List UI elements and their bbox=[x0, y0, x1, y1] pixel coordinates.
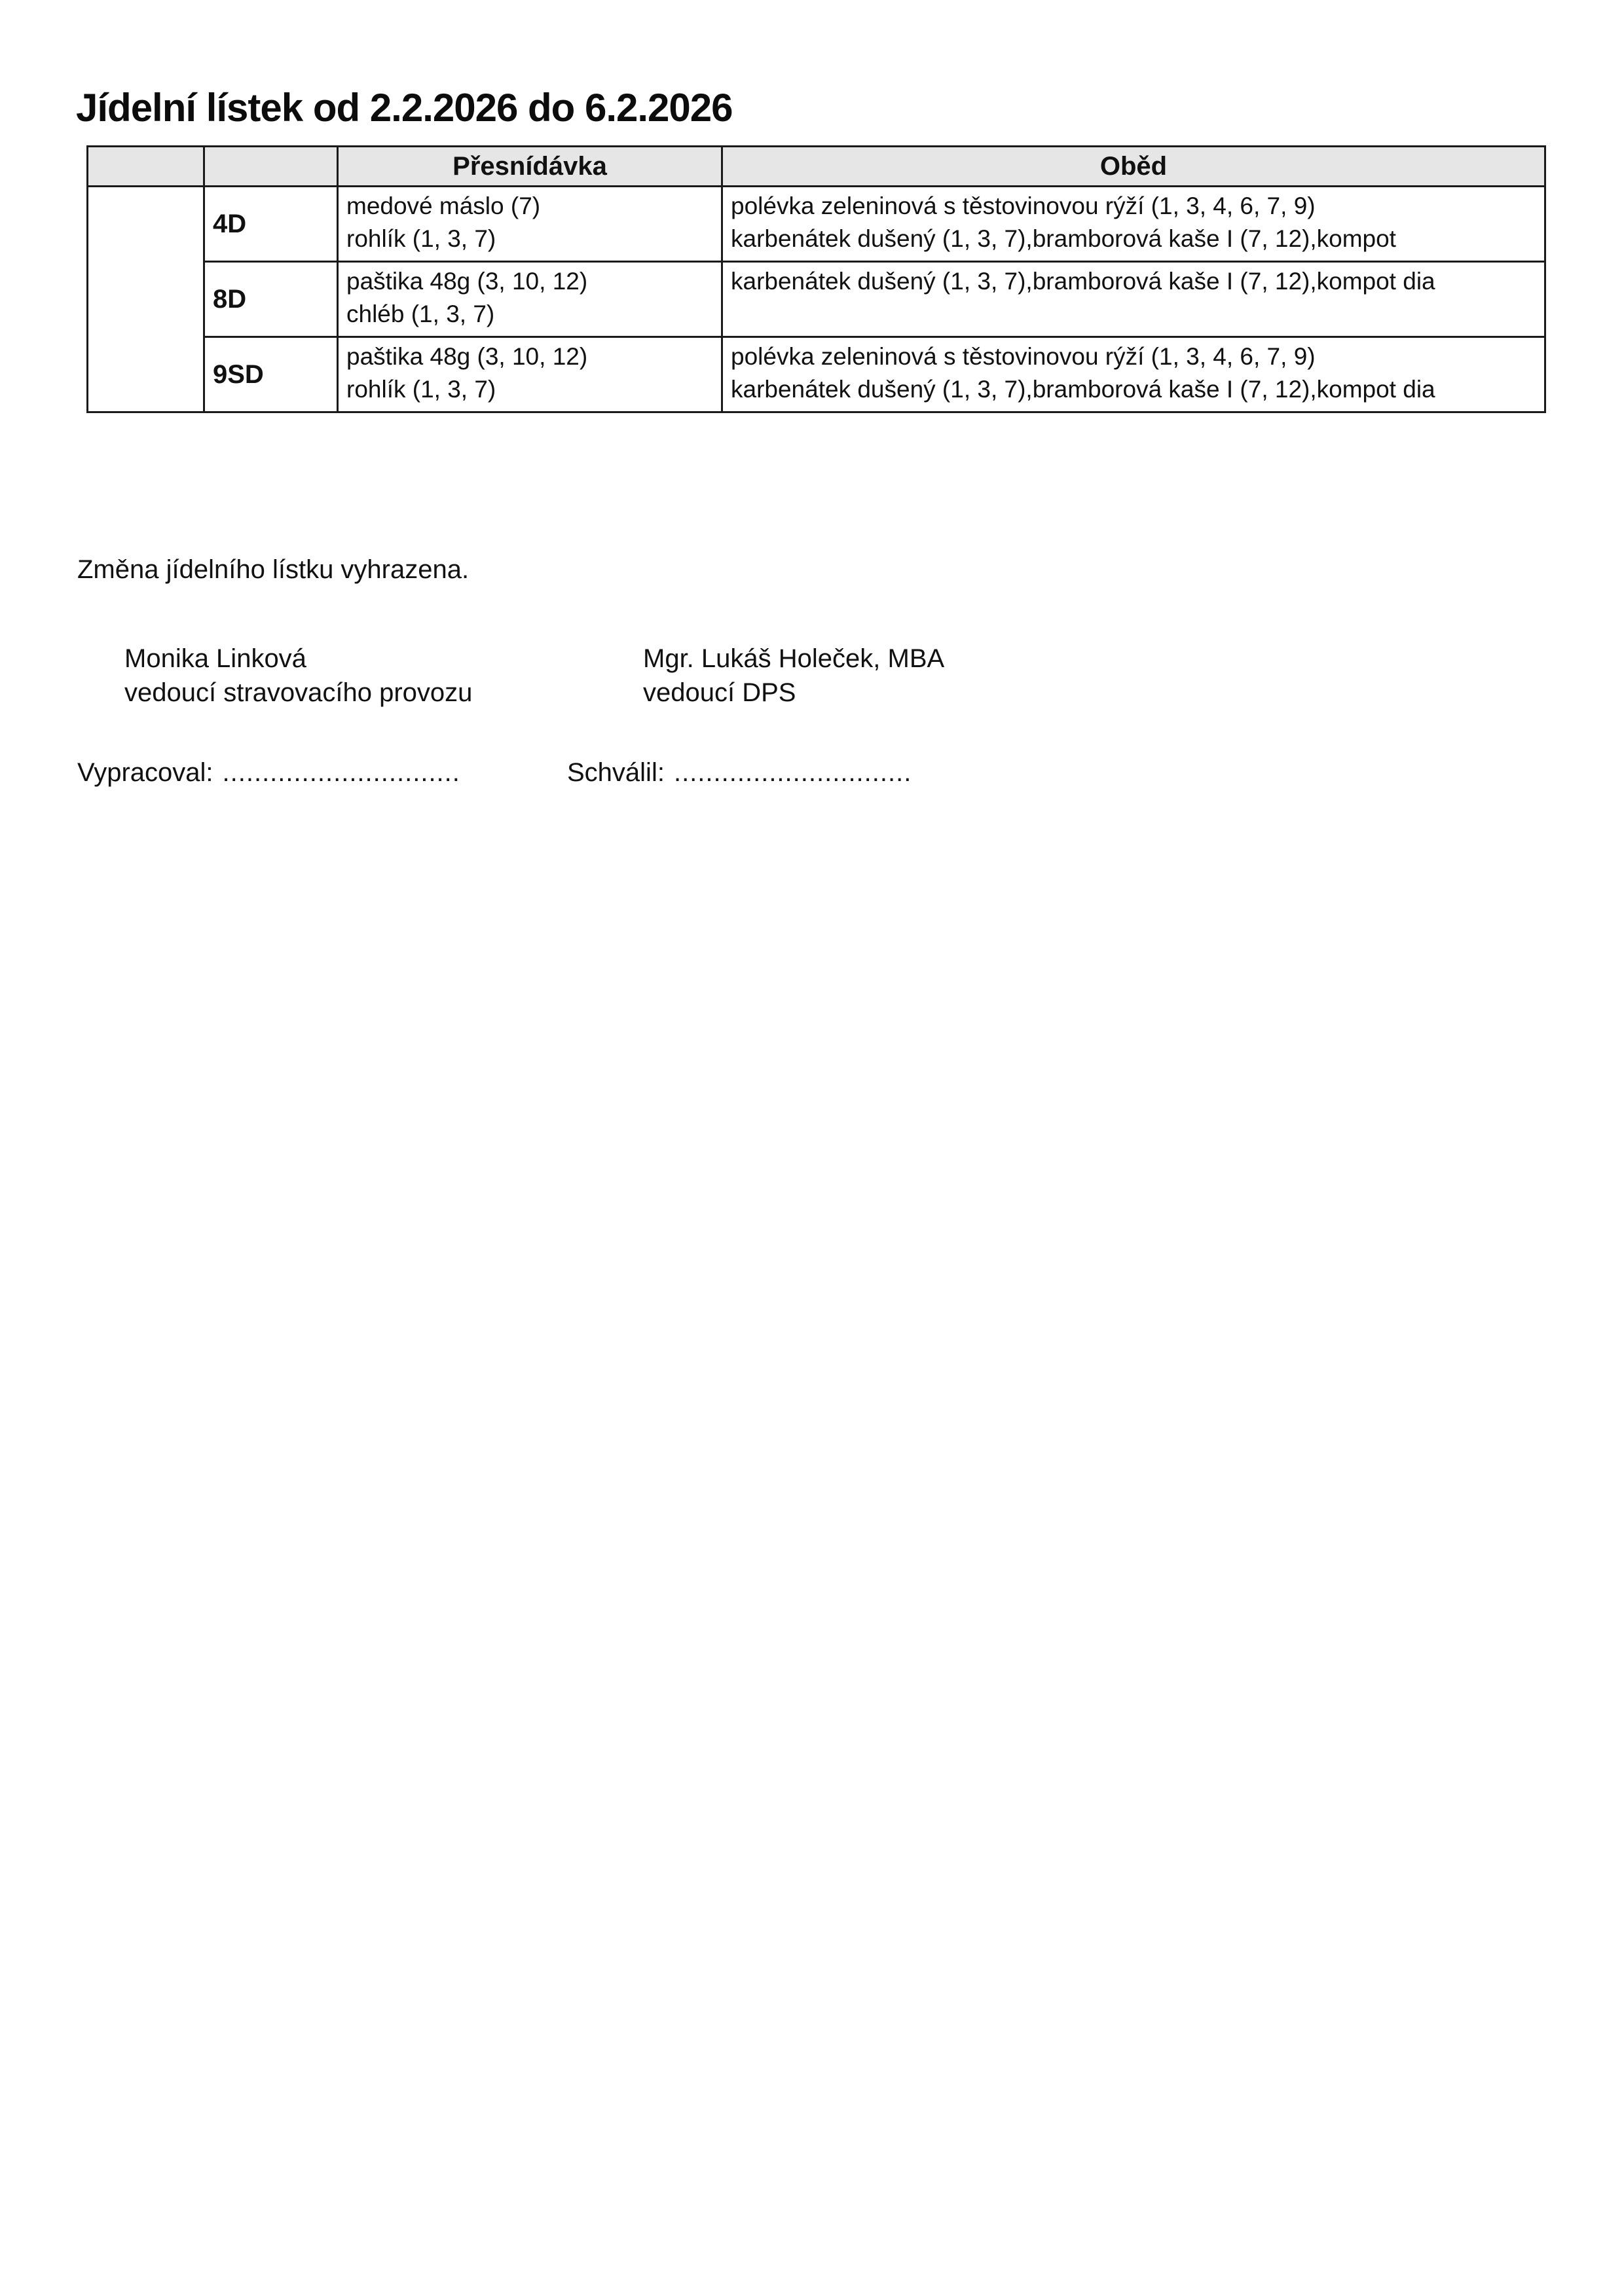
signatory-name: Mgr. Lukáš Holeček, MBA bbox=[643, 642, 944, 676]
lunch-item: karbenátek dušený (1, 3, 7),bramborová k… bbox=[723, 373, 1544, 406]
change-notice: Změna jídelního lístku vyhrazena. bbox=[77, 555, 469, 585]
diet-label: 4D bbox=[204, 187, 338, 262]
prepared-label: Vypracoval: bbox=[77, 758, 213, 787]
snack-item: rohlík (1, 3, 7) bbox=[339, 223, 721, 255]
signature-block-right: Mgr. Lukáš Holeček, MBA vedoucí DPS bbox=[643, 642, 944, 710]
snack-item: paštika 48g (3, 10, 12) bbox=[339, 265, 721, 298]
lunch-cell: polévka zeleninová s těstovinovou rýží (… bbox=[722, 337, 1545, 412]
table-header-row: Přesnídávka Oběd bbox=[88, 147, 1545, 187]
snack-cell: medové máslo (7) rohlík (1, 3, 7) bbox=[338, 187, 722, 262]
lunch-item: karbenátek dušený (1, 3, 7),bramborová k… bbox=[723, 223, 1544, 255]
snack-item: rohlík (1, 3, 7) bbox=[339, 373, 721, 406]
day-cell bbox=[88, 187, 204, 412]
header-diet bbox=[204, 147, 338, 187]
prepared-by-line: Vypracoval:.............................… bbox=[77, 758, 460, 788]
header-snack: Přesnídávka bbox=[338, 147, 722, 187]
approved-by-line: Schválil:.............................. bbox=[567, 758, 912, 788]
signature-dots: .............................. bbox=[674, 758, 912, 787]
lunch-item: karbenátek dušený (1, 3, 7),bramborová k… bbox=[723, 265, 1544, 298]
signatory-name: Monika Linková bbox=[124, 642, 472, 676]
lunch-item: polévka zeleninová s těstovinovou rýží (… bbox=[723, 340, 1544, 373]
signatory-role: vedoucí stravovacího provozu bbox=[124, 676, 472, 710]
diet-label: 9SD bbox=[204, 337, 338, 412]
lunch-cell: polévka zeleninová s těstovinovou rýží (… bbox=[722, 187, 1545, 262]
diet-label: 8D bbox=[204, 262, 338, 337]
snack-cell: paštika 48g (3, 10, 12) chléb (1, 3, 7) bbox=[338, 262, 722, 337]
table-row: 9SD paštika 48g (3, 10, 12) rohlík (1, 3… bbox=[88, 337, 1545, 412]
header-lunch: Oběd bbox=[722, 147, 1545, 187]
signature-block-left: Monika Linková vedoucí stravovacího prov… bbox=[124, 642, 472, 710]
snack-cell: paštika 48g (3, 10, 12) rohlík (1, 3, 7) bbox=[338, 337, 722, 412]
snack-item: medové máslo (7) bbox=[339, 190, 721, 223]
signatory-role: vedoucí DPS bbox=[643, 676, 944, 710]
signature-dots: .............................. bbox=[223, 758, 460, 787]
table-row: 4D medové máslo (7) rohlík (1, 3, 7) pol… bbox=[88, 187, 1545, 262]
snack-item: chléb (1, 3, 7) bbox=[339, 298, 721, 331]
page-title: Jídelní lístek od 2.2.2026 do 6.2.2026 bbox=[76, 85, 733, 130]
table-row: 8D paštika 48g (3, 10, 12) chléb (1, 3, … bbox=[88, 262, 1545, 337]
menu-table: Přesnídávka Oběd 4D medové máslo (7) roh… bbox=[86, 145, 1546, 413]
lunch-item: polévka zeleninová s těstovinovou rýží (… bbox=[723, 190, 1544, 223]
lunch-cell: karbenátek dušený (1, 3, 7),bramborová k… bbox=[722, 262, 1545, 337]
snack-item: paštika 48g (3, 10, 12) bbox=[339, 340, 721, 373]
approved-label: Schválil: bbox=[567, 758, 665, 787]
header-day bbox=[88, 147, 204, 187]
